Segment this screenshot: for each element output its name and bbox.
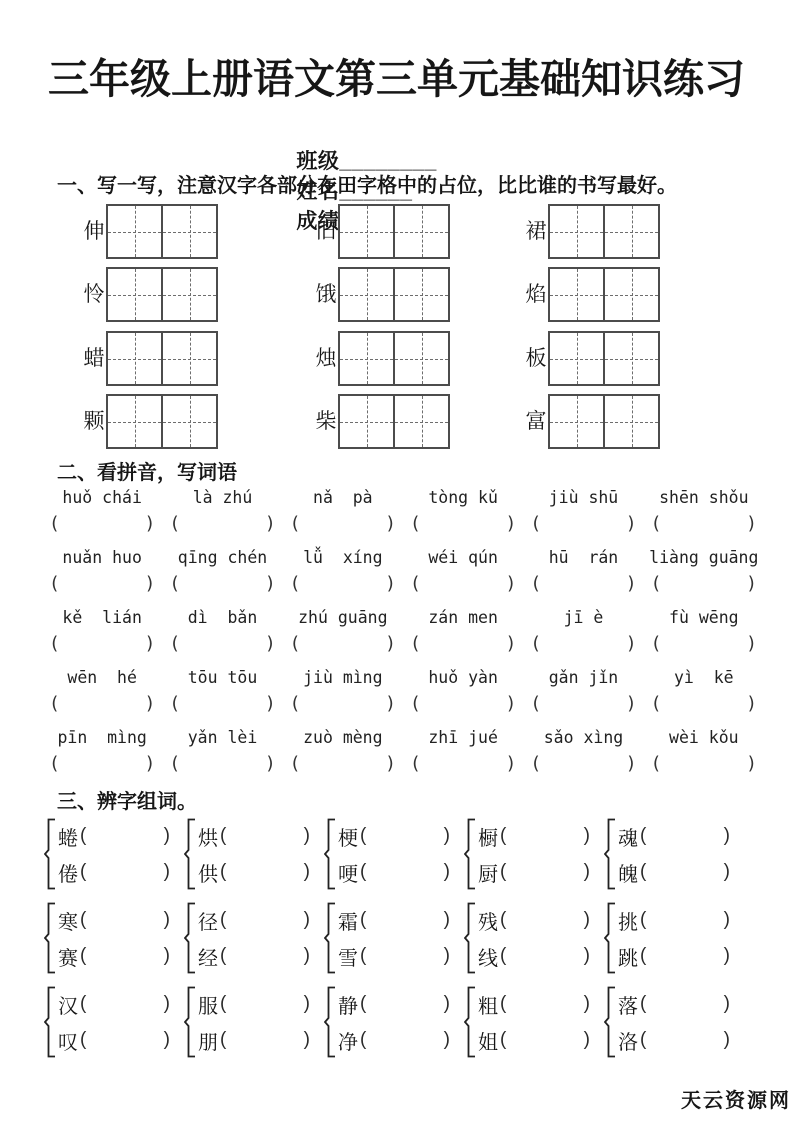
tianzige-cell xyxy=(550,396,603,447)
word-line: 洛() xyxy=(618,1022,730,1058)
pinyin-section: huǒ cháilà zhúnǎ pàtòng kǔjiù shūshēn sh… xyxy=(42,486,764,786)
pinyin-row: nuǎn huoqīng chénlǚ xíngwéi qúnhū ránlià… xyxy=(42,546,764,570)
tianzige-cell xyxy=(393,333,448,384)
answer-bracket: () xyxy=(523,633,643,655)
brace-icon xyxy=(464,986,476,1058)
word-pair-row: 寒()赛() 径()经() 霜()雪() 残()线() 挑()跳() xyxy=(44,902,764,974)
answer-bracket: () xyxy=(42,693,162,715)
word-line: 汉() xyxy=(58,986,170,1022)
pinyin-word: yǎn lèi xyxy=(162,726,282,750)
word-line: 赛() xyxy=(58,938,170,974)
word-char: 粗 xyxy=(478,990,498,1019)
answer-bracket: () xyxy=(403,633,523,655)
word-line: 梗() xyxy=(338,818,450,854)
answer-bracket: () xyxy=(162,513,282,535)
tianzige-cell xyxy=(603,206,658,257)
word-line: 净() xyxy=(338,1022,450,1058)
tianzige-item: 颗 xyxy=(82,394,218,449)
pinyin-word: pīn mìng xyxy=(42,726,162,750)
tianzige-cell xyxy=(161,396,216,447)
word-pair-group: 汉()叹() xyxy=(44,986,184,1058)
word-line: 寒() xyxy=(58,902,170,938)
word-line: 叹() xyxy=(58,1022,170,1058)
pinyin-word: sǎo xìng xyxy=(523,726,643,750)
answer-bracket: () xyxy=(523,753,643,775)
word-char: 跳 xyxy=(618,942,638,971)
tianzige-cell xyxy=(108,269,161,320)
word-pair-group: 挑()跳() xyxy=(604,902,744,974)
tianzige-item: 富 xyxy=(524,394,660,449)
tianzige-item: 旧 xyxy=(314,204,450,259)
word-char: 梗 xyxy=(338,822,358,851)
word-pair-group: 魂()魄() xyxy=(604,818,744,890)
pinyin-row-group: nuǎn huoqīng chénlǚ xíngwéi qúnhū ránlià… xyxy=(42,546,764,595)
tianzige-cell xyxy=(550,333,603,384)
word-line: 厨() xyxy=(478,854,590,890)
tianzige-cell xyxy=(340,333,393,384)
tianzige-item: 饿 xyxy=(314,267,450,322)
word-char: 橱 xyxy=(478,822,498,851)
word-line: 橱() xyxy=(478,818,590,854)
tianzige-grid xyxy=(106,331,218,386)
answer-bracket: () xyxy=(162,633,282,655)
pinyin-word: kě lián xyxy=(42,606,162,630)
answer-bracket: () xyxy=(42,633,162,655)
tianzige-cell xyxy=(161,269,216,320)
brace-icon xyxy=(604,902,616,974)
tianzige-cell xyxy=(393,396,448,447)
brace-icon xyxy=(324,902,336,974)
tianzige-cell xyxy=(108,333,161,384)
pinyin-word: liàng guāng xyxy=(644,546,764,570)
word-line: 烘() xyxy=(198,818,310,854)
pinyin-row-group: kě liándì bǎnzhú guāngzán menjī èfù wēng… xyxy=(42,606,764,655)
tianzige-cell xyxy=(393,206,448,257)
brace-icon xyxy=(184,986,196,1058)
pinyin-row: pīn mìngyǎn lèizuò mèngzhī juésǎo xìngwè… xyxy=(42,726,764,750)
practice-char: 富 xyxy=(524,395,548,448)
word-line: 线() xyxy=(478,938,590,974)
word-char: 魄 xyxy=(618,858,638,887)
tianzige-cell xyxy=(108,206,161,257)
word-line: 朋() xyxy=(198,1022,310,1058)
pinyin-word: jiù mìng xyxy=(283,666,403,690)
answer-bracket: () xyxy=(403,573,523,595)
word-pair-group: 寒()赛() xyxy=(44,902,184,974)
brace-icon xyxy=(464,818,476,890)
practice-char: 柴 xyxy=(314,395,338,448)
answer-bracket: () xyxy=(42,753,162,775)
word-pair-row: 蜷()倦() 烘()供() 梗()哽() 橱()厨() 魂()魄() xyxy=(44,818,764,890)
answer-bracket: () xyxy=(644,513,764,535)
tianzige-grid xyxy=(106,204,218,259)
pinyin-word: zuò mèng xyxy=(283,726,403,750)
answer-bracket: () xyxy=(523,573,643,595)
answer-bracket: () xyxy=(162,573,282,595)
answer-bracket: () xyxy=(42,513,162,535)
tianzige-grid xyxy=(338,204,450,259)
word-char: 静 xyxy=(338,990,358,1019)
word-line: 倦() xyxy=(58,854,170,890)
brace-icon xyxy=(184,902,196,974)
answer-bracket: () xyxy=(162,693,282,715)
word-line: 经() xyxy=(198,938,310,974)
pinyin-word: yì kē xyxy=(644,666,764,690)
answer-bracket-row: ()()()()()() xyxy=(42,633,764,655)
word-line: 跳() xyxy=(618,938,730,974)
word-char: 厨 xyxy=(478,858,498,887)
word-line: 静() xyxy=(338,986,450,1022)
pinyin-word: là zhú xyxy=(162,486,282,510)
tianzige-item: 焰 xyxy=(524,267,660,322)
word-char: 经 xyxy=(198,942,218,971)
word-char: 供 xyxy=(198,858,218,887)
pinyin-word: jiù shū xyxy=(523,486,643,510)
pinyin-word: nuǎn huo xyxy=(42,546,162,570)
tianzige-cell xyxy=(550,206,603,257)
answer-bracket: () xyxy=(403,693,523,715)
tianzige-item: 板 xyxy=(524,331,660,386)
answer-bracket: () xyxy=(283,753,403,775)
word-line: 服() xyxy=(198,986,310,1022)
pinyin-word: zhī jué xyxy=(403,726,523,750)
answer-bracket: () xyxy=(162,753,282,775)
word-char: 净 xyxy=(338,1026,358,1055)
answer-bracket: () xyxy=(283,513,403,535)
brace-icon xyxy=(44,818,56,890)
word-char: 径 xyxy=(198,906,218,935)
word-char: 魂 xyxy=(618,822,638,851)
answer-bracket: () xyxy=(403,753,523,775)
brace-icon xyxy=(184,818,196,890)
word-char: 残 xyxy=(478,906,498,935)
tianzige-grid xyxy=(548,204,660,259)
tianzige-cell xyxy=(550,269,603,320)
word-char: 烘 xyxy=(198,822,218,851)
pinyin-word: wèi kǒu xyxy=(644,726,764,750)
section1-heading: 一、写一写，注意汉字各部分在田字格中的占位，比比谁的书写最好。 xyxy=(57,169,677,198)
worksheet-page: 三年级上册语文第三单元基础知识练习 班级________ 姓名______ 成绩… xyxy=(0,0,793,1122)
tianzige-cell xyxy=(603,269,658,320)
pinyin-word: tōu tōu xyxy=(162,666,282,690)
word-line: 残() xyxy=(478,902,590,938)
word-char: 服 xyxy=(198,990,218,1019)
tianzige-cell xyxy=(161,333,216,384)
tianzige-grid xyxy=(338,331,450,386)
brace-icon xyxy=(464,902,476,974)
word-pair-group: 霜()雪() xyxy=(324,902,464,974)
pinyin-word: jī è xyxy=(523,606,643,630)
pinyin-word: huǒ yàn xyxy=(403,666,523,690)
word-line: 雪() xyxy=(338,938,450,974)
tianzige-cell xyxy=(340,269,393,320)
word-pair-group: 蜷()倦() xyxy=(44,818,184,890)
answer-bracket: () xyxy=(644,633,764,655)
word-char: 霜 xyxy=(338,906,358,935)
practice-char: 烛 xyxy=(314,332,338,385)
word-pair-row: 汉()叹() 服()朋() 静()净() 粗()姐() 落()洛() xyxy=(44,986,764,1058)
answer-bracket: () xyxy=(644,693,764,715)
word-char: 线 xyxy=(478,942,498,971)
pinyin-word: lǚ xíng xyxy=(283,546,403,570)
brace-icon xyxy=(604,986,616,1058)
pinyin-word: zán men xyxy=(403,606,523,630)
word-line: 粗() xyxy=(478,986,590,1022)
section3-heading: 三、辨字组词。 xyxy=(57,785,197,814)
page-title: 三年级上册语文第三单元基础知识练习 xyxy=(0,46,793,105)
pinyin-word: gǎn jǐn xyxy=(523,666,643,690)
word-pair-group: 静()净() xyxy=(324,986,464,1058)
pinyin-row: wēn hétōu tōujiù mìnghuǒ yàngǎn jǐnyì kē xyxy=(42,666,764,690)
word-char: 朋 xyxy=(198,1026,218,1055)
word-char: 赛 xyxy=(58,942,78,971)
tianzige-cell xyxy=(161,206,216,257)
pinyin-row-group: wēn hétōu tōujiù mìnghuǒ yàngǎn jǐnyì kē… xyxy=(42,666,764,715)
word-line: 霜() xyxy=(338,902,450,938)
brace-icon xyxy=(324,818,336,890)
word-line: 径() xyxy=(198,902,310,938)
pinyin-word: wéi qún xyxy=(403,546,523,570)
tianzige-item: 柴 xyxy=(314,394,450,449)
answer-bracket-row: ()()()()()() xyxy=(42,693,764,715)
word-line: 姐() xyxy=(478,1022,590,1058)
pinyin-word: hū rán xyxy=(523,546,643,570)
word-pair-group: 服()朋() xyxy=(184,986,324,1058)
brace-icon xyxy=(604,818,616,890)
word-line: 挑() xyxy=(618,902,730,938)
tianzige-cell xyxy=(340,206,393,257)
pinyin-word: shēn shǒu xyxy=(644,486,764,510)
practice-char: 旧 xyxy=(314,205,338,258)
practice-char: 颗 xyxy=(82,395,106,448)
word-pair-group: 烘()供() xyxy=(184,818,324,890)
pinyin-word: huǒ chái xyxy=(42,486,162,510)
word-pair-group: 落()洛() xyxy=(604,986,744,1058)
word-char: 寒 xyxy=(58,906,78,935)
answer-bracket: () xyxy=(523,693,643,715)
brace-icon xyxy=(324,986,336,1058)
answer-bracket: () xyxy=(644,573,764,595)
tianzige-cell xyxy=(340,396,393,447)
pinyin-row: huǒ cháilà zhúnǎ pàtòng kǔjiù shūshēn sh… xyxy=(42,486,764,510)
word-char: 雪 xyxy=(338,942,358,971)
brace-icon xyxy=(44,986,56,1058)
word-line: 魄() xyxy=(618,854,730,890)
pinyin-word: wēn hé xyxy=(42,666,162,690)
word-char: 汉 xyxy=(58,990,78,1019)
word-pair-group: 残()线() xyxy=(464,902,604,974)
tianzige-cell xyxy=(393,269,448,320)
answer-bracket-row: ()()()()()() xyxy=(42,753,764,775)
word-char: 蜷 xyxy=(58,822,78,851)
word-pair-group: 粗()姐() xyxy=(464,986,604,1058)
tianzige-grid xyxy=(548,331,660,386)
word-char: 姐 xyxy=(478,1026,498,1055)
pinyin-word: dì bǎn xyxy=(162,606,282,630)
practice-char: 焰 xyxy=(524,268,548,321)
word-char: 哽 xyxy=(338,858,358,887)
pinyin-row: kě liándì bǎnzhú guāngzán menjī èfù wēng xyxy=(42,606,764,630)
pinyin-word: tòng kǔ xyxy=(403,486,523,510)
word-char: 洛 xyxy=(618,1026,638,1055)
tianzige-grid xyxy=(548,394,660,449)
word-line: 蜷() xyxy=(58,818,170,854)
tianzige-item: 裙 xyxy=(524,204,660,259)
answer-bracket: () xyxy=(283,573,403,595)
practice-char: 板 xyxy=(524,332,548,385)
tianzige-grid xyxy=(338,267,450,322)
tianzige-item: 怜 xyxy=(82,267,218,322)
tianzige-grid xyxy=(548,267,660,322)
tianzige-grid xyxy=(106,394,218,449)
pinyin-word: qīng chén xyxy=(162,546,282,570)
word-pair-group: 橱()厨() xyxy=(464,818,604,890)
practice-char: 蜡 xyxy=(82,332,106,385)
tianzige-grid xyxy=(106,267,218,322)
pinyin-word: fù wēng xyxy=(644,606,764,630)
answer-bracket: () xyxy=(523,513,643,535)
answer-bracket: () xyxy=(283,633,403,655)
word-line: 魂() xyxy=(618,818,730,854)
word-line: 落() xyxy=(618,986,730,1022)
word-pair-group: 梗()哽() xyxy=(324,818,464,890)
answer-bracket: () xyxy=(403,513,523,535)
watermark: 天云资源网 xyxy=(681,1084,791,1113)
tianzige-cell xyxy=(603,396,658,447)
pinyin-word: zhú guāng xyxy=(283,606,403,630)
brace-icon xyxy=(44,902,56,974)
practice-char: 裙 xyxy=(524,205,548,258)
word-char: 叹 xyxy=(58,1026,78,1055)
word-char: 倦 xyxy=(58,858,78,887)
practice-char: 怜 xyxy=(82,268,106,321)
word-line: 哽() xyxy=(338,854,450,890)
tianzige-item: 蜡 xyxy=(82,331,218,386)
practice-char: 饿 xyxy=(314,268,338,321)
tianzige-item: 伸 xyxy=(82,204,218,259)
answer-bracket: () xyxy=(283,693,403,715)
tianzige-cell xyxy=(108,396,161,447)
answer-bracket-row: ()()()()()() xyxy=(42,573,764,595)
answer-bracket: () xyxy=(42,573,162,595)
practice-char: 伸 xyxy=(82,205,106,258)
pinyin-row-group: pīn mìngyǎn lèizuò mèngzhī juésǎo xìngwè… xyxy=(42,726,764,775)
word-line: 供() xyxy=(198,854,310,890)
answer-bracket-row: ()()()()()() xyxy=(42,513,764,535)
pinyin-word: nǎ pà xyxy=(283,486,403,510)
pinyin-row-group: huǒ cháilà zhúnǎ pàtòng kǔjiù shūshēn sh… xyxy=(42,486,764,535)
tianzige-grid xyxy=(338,394,450,449)
tianzige-cell xyxy=(603,333,658,384)
word-char: 落 xyxy=(618,990,638,1019)
answer-bracket: () xyxy=(644,753,764,775)
word-pair-group: 径()经() xyxy=(184,902,324,974)
word-char: 挑 xyxy=(618,906,638,935)
section2-heading: 二、看拼音，写词语 xyxy=(57,456,237,485)
word-discrimination-section: 蜷()倦() 烘()供() 梗()哽() 橱()厨() 魂()魄() 寒()赛(… xyxy=(44,818,764,1070)
tianzige-item: 烛 xyxy=(314,331,450,386)
